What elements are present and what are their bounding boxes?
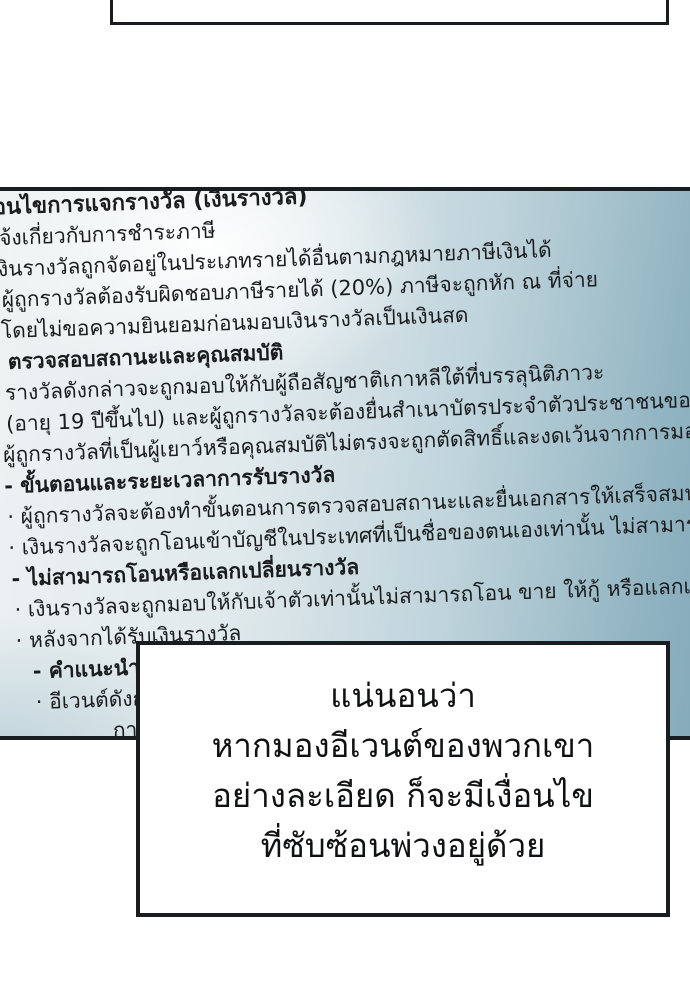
narration-text: แน่นอนว่าหากมองอีเวนต์ของพวกเขาอย่างละเอ… [140,671,666,871]
narration-line: แน่นอนว่า [140,671,666,721]
narration-line: อย่างละเอียด ก็จะมีเงื่อนไข [140,771,666,821]
comic-page: เงื่อนไขการแจกรางวัล (เงินรางวัล)แจ้งเกี… [0,0,690,986]
narration-line: หากมองอีเวนต์ของพวกเขา [140,721,666,771]
top-speech-box [110,0,669,25]
narration-line: ที่ซับซ้อนพ่วงอยู่ด้วย [140,821,666,871]
narration-box: แน่นอนว่าหากมองอีเวนต์ของพวกเขาอย่างละเอ… [136,641,670,917]
